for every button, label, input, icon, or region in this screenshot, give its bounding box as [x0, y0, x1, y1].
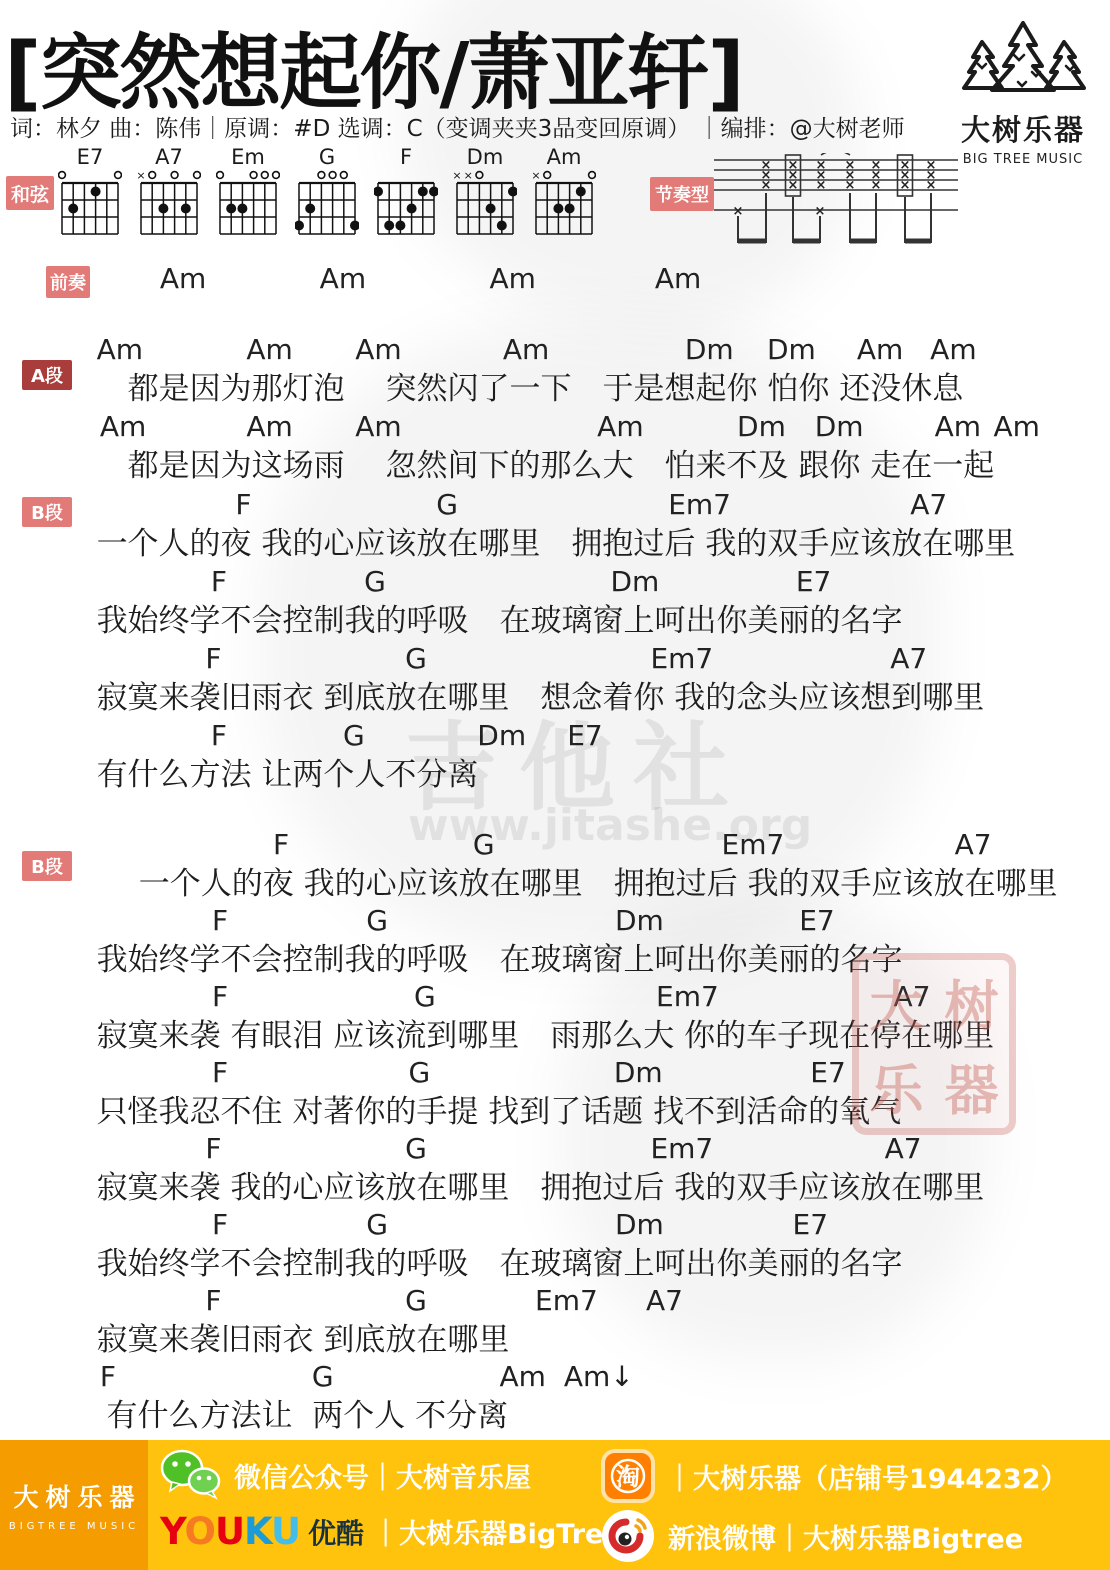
chord-diagram-name: Dm [453, 146, 517, 170]
chord-label: Em7 [650, 1132, 713, 1165]
lyric-line: 我始终学不会控制我的呼吸 在玻璃窗上呵出你美丽的名字 [0, 1244, 1110, 1284]
chord-diagram-name: Am [532, 146, 596, 170]
intro-chord-line: AmAmAmAm [0, 262, 1110, 302]
chord-label: Dm [615, 1208, 664, 1241]
chord-label: A7 [955, 828, 992, 861]
chord-label: Am [503, 333, 549, 366]
section-a: AmAmAmAmDmDmAmAm都是因为那灯泡 突然闪了一下 于是想起你 怕你 … [0, 333, 1110, 487]
chord-label: Dm [614, 1056, 663, 1089]
chord-label: Am [320, 262, 366, 295]
youku-channel-link[interactable]: YOUKU 优酷 ｜大树乐器BigTree [160, 1510, 622, 1553]
chord-label: F [100, 1360, 116, 1393]
chord-label: Am [935, 410, 981, 443]
chord-label: Am [993, 410, 1039, 443]
seal-char: 乐 [870, 1048, 924, 1125]
credits-line: 词：林夕 曲：陈伟｜原调：#D 选调：C（变调夹夹3品变回原调） ｜编排：@大树… [10, 110, 905, 143]
footer-brand-subtitle: BIGTREE MUSIC [9, 1521, 139, 1532]
chords-badge: 和弦 [6, 176, 54, 210]
chord-label: G [366, 1208, 388, 1241]
song-line: FGAmAm↓有什么方法让 两个人 不分离 [0, 1360, 1110, 1436]
chord-label: Em7 [668, 488, 731, 521]
chord-label: F [212, 1208, 228, 1241]
song-line: AmAmAmAmDmDmAmAm都是因为这场雨 忽然间下的那么大 怕来不及 跟你… [0, 410, 1110, 487]
chord-row: AmAmAmAmDmDmAmAm [0, 333, 1110, 369]
chord-label: E7 [810, 1056, 846, 1089]
chord-diagram-E7: E7 [58, 146, 122, 242]
chord-label: Dm [611, 565, 660, 598]
lyric-line: 寂寞来袭 我的心应该放在哪里 拥抱过后 我的双手应该放在哪里 [0, 1168, 1110, 1208]
chord-label: Dm [615, 904, 664, 937]
chord-label: G [405, 642, 427, 675]
chord-row: FGDmE7 [0, 904, 1110, 940]
chord-label: F [235, 488, 251, 521]
chord-diagram-Em: Em [216, 146, 280, 242]
seal-char: 大 [870, 964, 924, 1041]
chord-row: AmAmAmAmDmDmAmAm [0, 410, 1110, 446]
chord-diagram-G: G [295, 146, 359, 242]
chord-diagram-name: E7 [58, 146, 122, 170]
song-line: FGEm7A7寂寞来袭 我的心应该放在哪里 拥抱过后 我的双手应该放在哪里 [0, 1132, 1110, 1208]
taobao-shop-link[interactable]: 淘 ｜大树乐器（店铺号1944232） [600, 1448, 1068, 1504]
chord-label: Em7 [656, 980, 719, 1013]
song-line: AmAmAmAmDmDmAmAm都是因为那灯泡 突然闪了一下 于是想起你 怕你 … [0, 333, 1110, 410]
watermark-url: www.jitashe.org [408, 800, 812, 851]
chord-label: Am [655, 262, 701, 295]
chord-row: FGDmE7 [0, 565, 1110, 601]
lyric-line: 都是因为那灯泡 突然闪了一下 于是想起你 怕你 还没休息 [0, 369, 1110, 409]
weibo-text: 新浪微博｜大树乐器Bigtree [668, 1517, 1023, 1556]
chord-row: FGEm7A7 [0, 1284, 1110, 1320]
svg-text:淘: 淘 [616, 1463, 640, 1491]
chord-label: Am [930, 333, 976, 366]
chord-label: G [408, 1056, 430, 1089]
lyric-line: 一个人的夜 我的心应该放在哪里 拥抱过后 我的双手应该放在哪里 [0, 524, 1110, 564]
chord-label: Am [857, 333, 903, 366]
chord-label: E7 [793, 1208, 829, 1241]
chord-diagram-name: Em [216, 146, 280, 170]
logo-subtitle: BIG TREE MUSIC [938, 152, 1108, 167]
footer-brand-name: 大树乐器 [6, 1478, 141, 1514]
chord-diagram-F: F [374, 146, 438, 242]
weibo-link[interactable]: 新浪微博｜大树乐器Bigtree [600, 1508, 1023, 1564]
chord-label: G [405, 1132, 427, 1165]
chord-diagram-A7: A7× [137, 146, 201, 242]
rhythm-badge: 节奏型 [650, 177, 714, 211]
seal-char: 器 [945, 1048, 999, 1125]
logo-name: 大树乐器 [938, 108, 1108, 149]
chord-diagram-name: G [295, 146, 359, 170]
song-line: FGDmE7我始终学不会控制我的呼吸 在玻璃窗上呵出你美丽的名字 [0, 1208, 1110, 1284]
chord-label: G [312, 1360, 334, 1393]
chord-diagram-name: A7 [137, 146, 201, 170]
song-line: FGEm7A7一个人的夜 我的心应该放在哪里 拥抱过后 我的双手应该放在哪里 [0, 488, 1110, 565]
chord-label: F [212, 1056, 228, 1089]
bigtree-logo: 大树乐器 BIG TREE MUSIC [938, 20, 1108, 167]
chord-label: F [205, 1284, 221, 1317]
svg-text:×: × [464, 170, 473, 182]
chord-label: F [205, 1132, 221, 1165]
footer-bar: 大树乐器 BIGTREE MUSIC 微信公众号｜大树音乐屋 淘 ｜大树乐器（店… [0, 1440, 1110, 1570]
chord-label: F [211, 719, 227, 752]
chord-label: Em7 [650, 642, 713, 675]
chord-label: E7 [799, 904, 835, 937]
footer-brand: 大树乐器 BIGTREE MUSIC [0, 1440, 148, 1570]
chord-label: A7 [910, 488, 947, 521]
chord-diagram-Am: Am× [532, 146, 596, 242]
taobao-text: ｜大树乐器（店铺号1944232） [666, 1457, 1068, 1496]
chord-label: Dm [737, 410, 786, 443]
lyric-line: 寂寞来袭旧雨衣 到底放在哪里 [0, 1320, 1110, 1360]
wechat-icon [160, 1448, 222, 1502]
chord-label: G [364, 565, 386, 598]
chord-row: FGEm7A7 [0, 642, 1110, 678]
chord-label: Am↓ [564, 1360, 634, 1393]
chord-label: Dm [767, 333, 816, 366]
chord-diagram-row: E7A7×EmGFDm××Am× [58, 146, 596, 242]
chord-label: Am [500, 1360, 546, 1393]
chord-sheet-page: [突然想起你/萧亚轩] 词：林夕 曲：陈伟｜原调：#D 选调：C（变调夹夹3品变… [0, 0, 1110, 1570]
taobao-icon: 淘 [600, 1448, 656, 1504]
lyric-line: 有什么方法让 两个人 不分离 [0, 1396, 1110, 1436]
page-title: [突然想起你/萧亚轩] [4, 8, 743, 125]
chord-row: FGEm7A7 [0, 488, 1110, 524]
chord-label: Am [490, 262, 536, 295]
youku-text: ｜大树乐器BigTree [372, 1512, 622, 1551]
lyric-line: 一个人的夜 我的心应该放在哪里 拥抱过后 我的双手应该放在哪里 [0, 864, 1110, 904]
bigtree-seal-stamp: 大 树 乐 器 [852, 953, 1016, 1135]
chord-label: G [366, 904, 388, 937]
chord-label: Am [355, 333, 401, 366]
svg-text:×: × [845, 178, 856, 193]
wechat-account-link[interactable]: 微信公众号｜大树音乐屋 [160, 1448, 531, 1502]
svg-text:×: × [532, 170, 541, 182]
chord-label: Am [355, 410, 401, 443]
chord-label: Dm [685, 333, 734, 366]
chord-label: A7 [646, 1284, 683, 1317]
svg-text:×: × [816, 178, 827, 193]
chord-row: FGDmE7 [0, 1208, 1110, 1244]
svg-text:×: × [871, 178, 882, 193]
chord-label: Am [246, 333, 292, 366]
seal-char: 树 [945, 964, 999, 1041]
chord-label: F [211, 565, 227, 598]
chord-label: Em7 [535, 1284, 598, 1317]
chord-diagram-name: F [374, 146, 438, 170]
chord-label: F [273, 828, 289, 861]
chord-label: E7 [796, 565, 832, 598]
chord-label: Am [160, 262, 206, 295]
chord-row: FGEm7A7 [0, 1132, 1110, 1168]
chord-label: Dm [815, 410, 864, 443]
svg-text:×: × [453, 170, 462, 182]
youku-cn-label: 优酷 [308, 1512, 364, 1552]
rhythm-pattern-tab: ××××××××××××××××××××× ×× [712, 153, 962, 253]
svg-text:×: × [926, 178, 937, 193]
svg-text:×: × [900, 178, 911, 193]
chord-label: Am [100, 410, 146, 443]
chord-label: G [405, 1284, 427, 1317]
svg-text:×: × [788, 178, 799, 193]
youku-logo: YOUKU [160, 1510, 300, 1553]
chord-label: Am [97, 333, 143, 366]
chord-label: F [212, 980, 228, 1013]
chord-row: FGAmAm↓ [0, 1360, 1110, 1396]
svg-text:×: × [137, 170, 146, 182]
chord-label: F [205, 642, 221, 675]
chord-label: A7 [885, 1132, 922, 1165]
chord-diagram-Dm: Dm×× [453, 146, 517, 242]
chord-label: Am [246, 410, 292, 443]
svg-text:×: × [761, 178, 772, 193]
song-line: FGDmE7我始终学不会控制我的呼吸 在玻璃窗上呵出你美丽的名字 [0, 565, 1110, 642]
chord-label: G [414, 980, 436, 1013]
lyric-line: 都是因为这场雨 忽然间下的那么大 怕来不及 跟你 走在一起 [0, 446, 1110, 486]
song-line: FGEm7A7寂寞来袭旧雨衣 到底放在哪里 [0, 1284, 1110, 1360]
lyric-line: 我始终学不会控制我的呼吸 在玻璃窗上呵出你美丽的名字 [0, 601, 1110, 641]
chord-label: F [212, 904, 228, 937]
chord-label: A7 [890, 642, 927, 675]
chord-label: G [343, 719, 365, 752]
weibo-icon [600, 1508, 656, 1564]
pine-trees-icon [948, 20, 1098, 102]
chord-label: G [436, 488, 458, 521]
chord-label: Am [597, 410, 643, 443]
wechat-text: 微信公众号｜大树音乐屋 [234, 1456, 531, 1495]
